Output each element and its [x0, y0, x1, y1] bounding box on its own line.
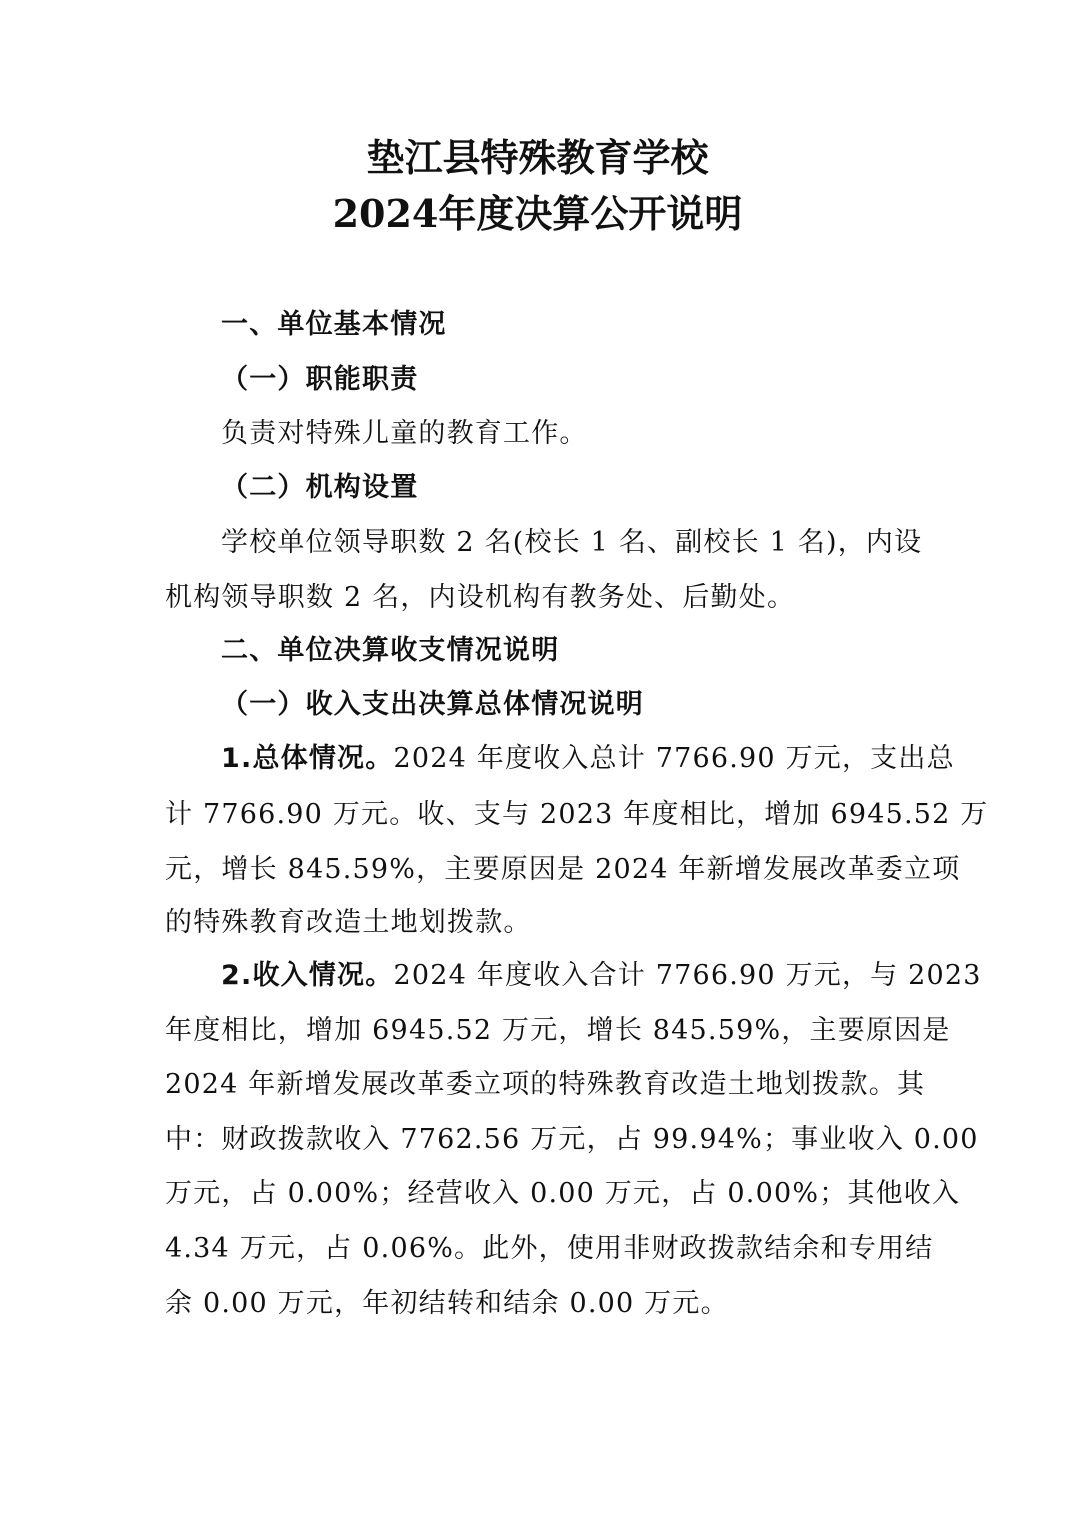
organization-text-line: 学校单位领导职数 2 名(校长 1 名、副校长 1 名)，内设	[221, 523, 915, 563]
subsection-heading-organization: （二）机构设置	[221, 468, 915, 508]
paragraph-income-line: 2024 年新增发展改革委立项的特殊教育改造土地划拨款。其	[165, 1065, 915, 1105]
paragraph-overall-line: 元，增长 845.59%，主要原因是 2024 年新增发展改革委立项	[165, 850, 915, 890]
paragraph-income-line: 4.34 万元，占 0.06%。此外，使用非财政拨款结余和专用结	[165, 1229, 915, 1269]
paragraph-income-line: 年度相比，增加 6945.52 万元，增长 845.59%，主要原因是	[165, 1011, 915, 1051]
paragraph-text: 2024 年度收入合计 7766.90 万元，与 2023	[393, 960, 981, 991]
paragraph-overall-line: 的特殊教育改造土地划拨款。	[165, 903, 915, 943]
paragraph-text: 2024 年度收入总计 7766.90 万元，支出总	[393, 743, 954, 774]
subsection-heading-overall: （一）收入支出决算总体情况说明	[221, 685, 915, 725]
organization-text-line: 机构领导职数 2 名，内设机构有教务处、后勤处。	[165, 578, 915, 618]
paragraph-income-line: 中：财政拨款收入 7762.56 万元，占 99.94%；事业收入 0.00	[165, 1120, 915, 1160]
paragraph-overall-line: 1.总体情况。2024 年度收入总计 7766.90 万元，支出总	[221, 739, 915, 779]
paragraph-overall-line: 计 7766.90 万元。收、支与 2023 年度相比，增加 6945.52 万	[165, 795, 915, 835]
paragraph-income-line: 万元，占 0.00%；经营收入 0.00 万元，占 0.00%；其他收入	[165, 1174, 915, 1214]
functions-text: 负责对特殊儿童的教育工作。	[221, 414, 915, 454]
paragraph-income-line: 余 0.00 万元，年初结转和结余 0.00 万元。	[165, 1284, 915, 1324]
document-title-line-1: 垫江县特殊教育学校	[0, 134, 1075, 182]
document-title-line-2: 2024年度决算公开说明	[0, 190, 1075, 238]
subsection-heading-functions: （一）职能职责	[221, 360, 915, 400]
paragraph-lead-income: 2.收入情况。	[221, 960, 393, 991]
paragraph-lead-overall: 1.总体情况。	[221, 743, 393, 774]
section-heading-basic-info: 一、单位基本情况	[221, 305, 915, 345]
section-heading-budget: 二、单位决算收支情况说明	[221, 631, 915, 671]
paragraph-income-line: 2.收入情况。2024 年度收入合计 7766.90 万元，与 2023	[221, 956, 915, 996]
